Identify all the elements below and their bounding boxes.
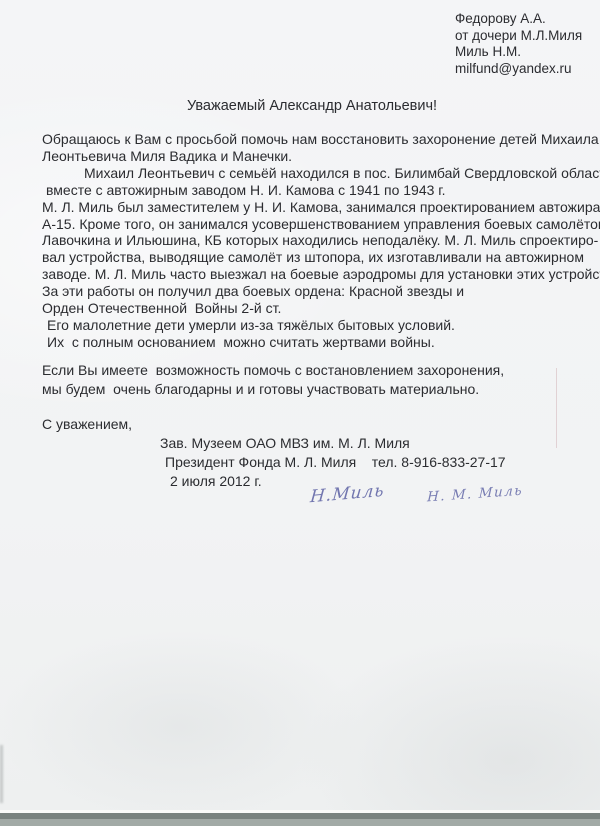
body-line: мы будем очень благодарны и и готовы уча…: [42, 380, 582, 399]
body-line: Его малолетние дети умерли из-за тяжёлых…: [42, 317, 582, 334]
recipient-from: от дочери М.Л.Миля: [455, 28, 582, 45]
recipient-name: Федорову А.А.: [455, 11, 582, 28]
scanned-letter-page: Федорову А.А. от дочери М.Л.Миля Миль Н.…: [0, 0, 600, 826]
body-line: Лавочкина и Ильюшина, КБ которых находил…: [42, 232, 582, 249]
salutation: Уважаемый Александр Анатольевич!: [187, 98, 437, 114]
signature-name: Н. М. Миль: [427, 483, 524, 506]
body-line: вал устройства, выводящие самолёт из што…: [42, 249, 582, 266]
scan-smudge-artifact: [0, 745, 3, 803]
body-line: Орден Отечественной Войны 2-й ст.: [42, 300, 582, 317]
signature-scrawl: Н.Миль: [309, 481, 385, 508]
body-line: М. Л. Миль был заместителем у Н. И. Камо…: [42, 199, 582, 216]
body-line: заводе. М. Л. Миль часто выезжал на боев…: [42, 266, 582, 283]
body-paragraph-1: Обращаюсь к Вам с просьбой помочь нам во…: [42, 131, 582, 351]
body-line: Леонтьевича Миля Вадика и Манечки.: [42, 148, 582, 165]
sender-name: Миль Н.М.: [455, 44, 582, 61]
body-line: За эти работы он получил два боевых орде…: [42, 283, 582, 300]
closing-salutation: С уважением,: [42, 416, 132, 432]
signoff-title: Зав. Музеем ОАО МВЗ им. М. Л. Миля: [160, 434, 506, 453]
recipient-block: Федорову А.А. от дочери М.Л.Миля Миль Н.…: [455, 11, 582, 77]
sender-email: milfund@yandex.ru: [455, 61, 582, 78]
body-line: А-15. Кроме того, он занимался усовершен…: [42, 216, 582, 233]
signoff-title-phone: Президент Фонда М. Л. Миля тел. 8-916-83…: [160, 453, 506, 472]
body-line: Их с полным основанием можно считать жер…: [42, 334, 582, 351]
body-line: Обращаюсь к Вам с просьбой помочь нам во…: [42, 131, 582, 148]
scan-edge-light: [0, 819, 600, 826]
handwritten-signature: Н.Миль Н. М. Миль: [305, 482, 535, 522]
body-line: Если Вы имеете возможность помочь с вост…: [42, 361, 582, 380]
body-line: Михаил Леонтьевич с семьёй находился в п…: [42, 165, 582, 182]
scan-crease-artifact: [556, 368, 557, 448]
body-line: вместе с автожирным заводом Н. И. Камова…: [42, 182, 582, 199]
body-paragraph-2: Если Вы имеете возможность помочь с вост…: [42, 361, 582, 399]
